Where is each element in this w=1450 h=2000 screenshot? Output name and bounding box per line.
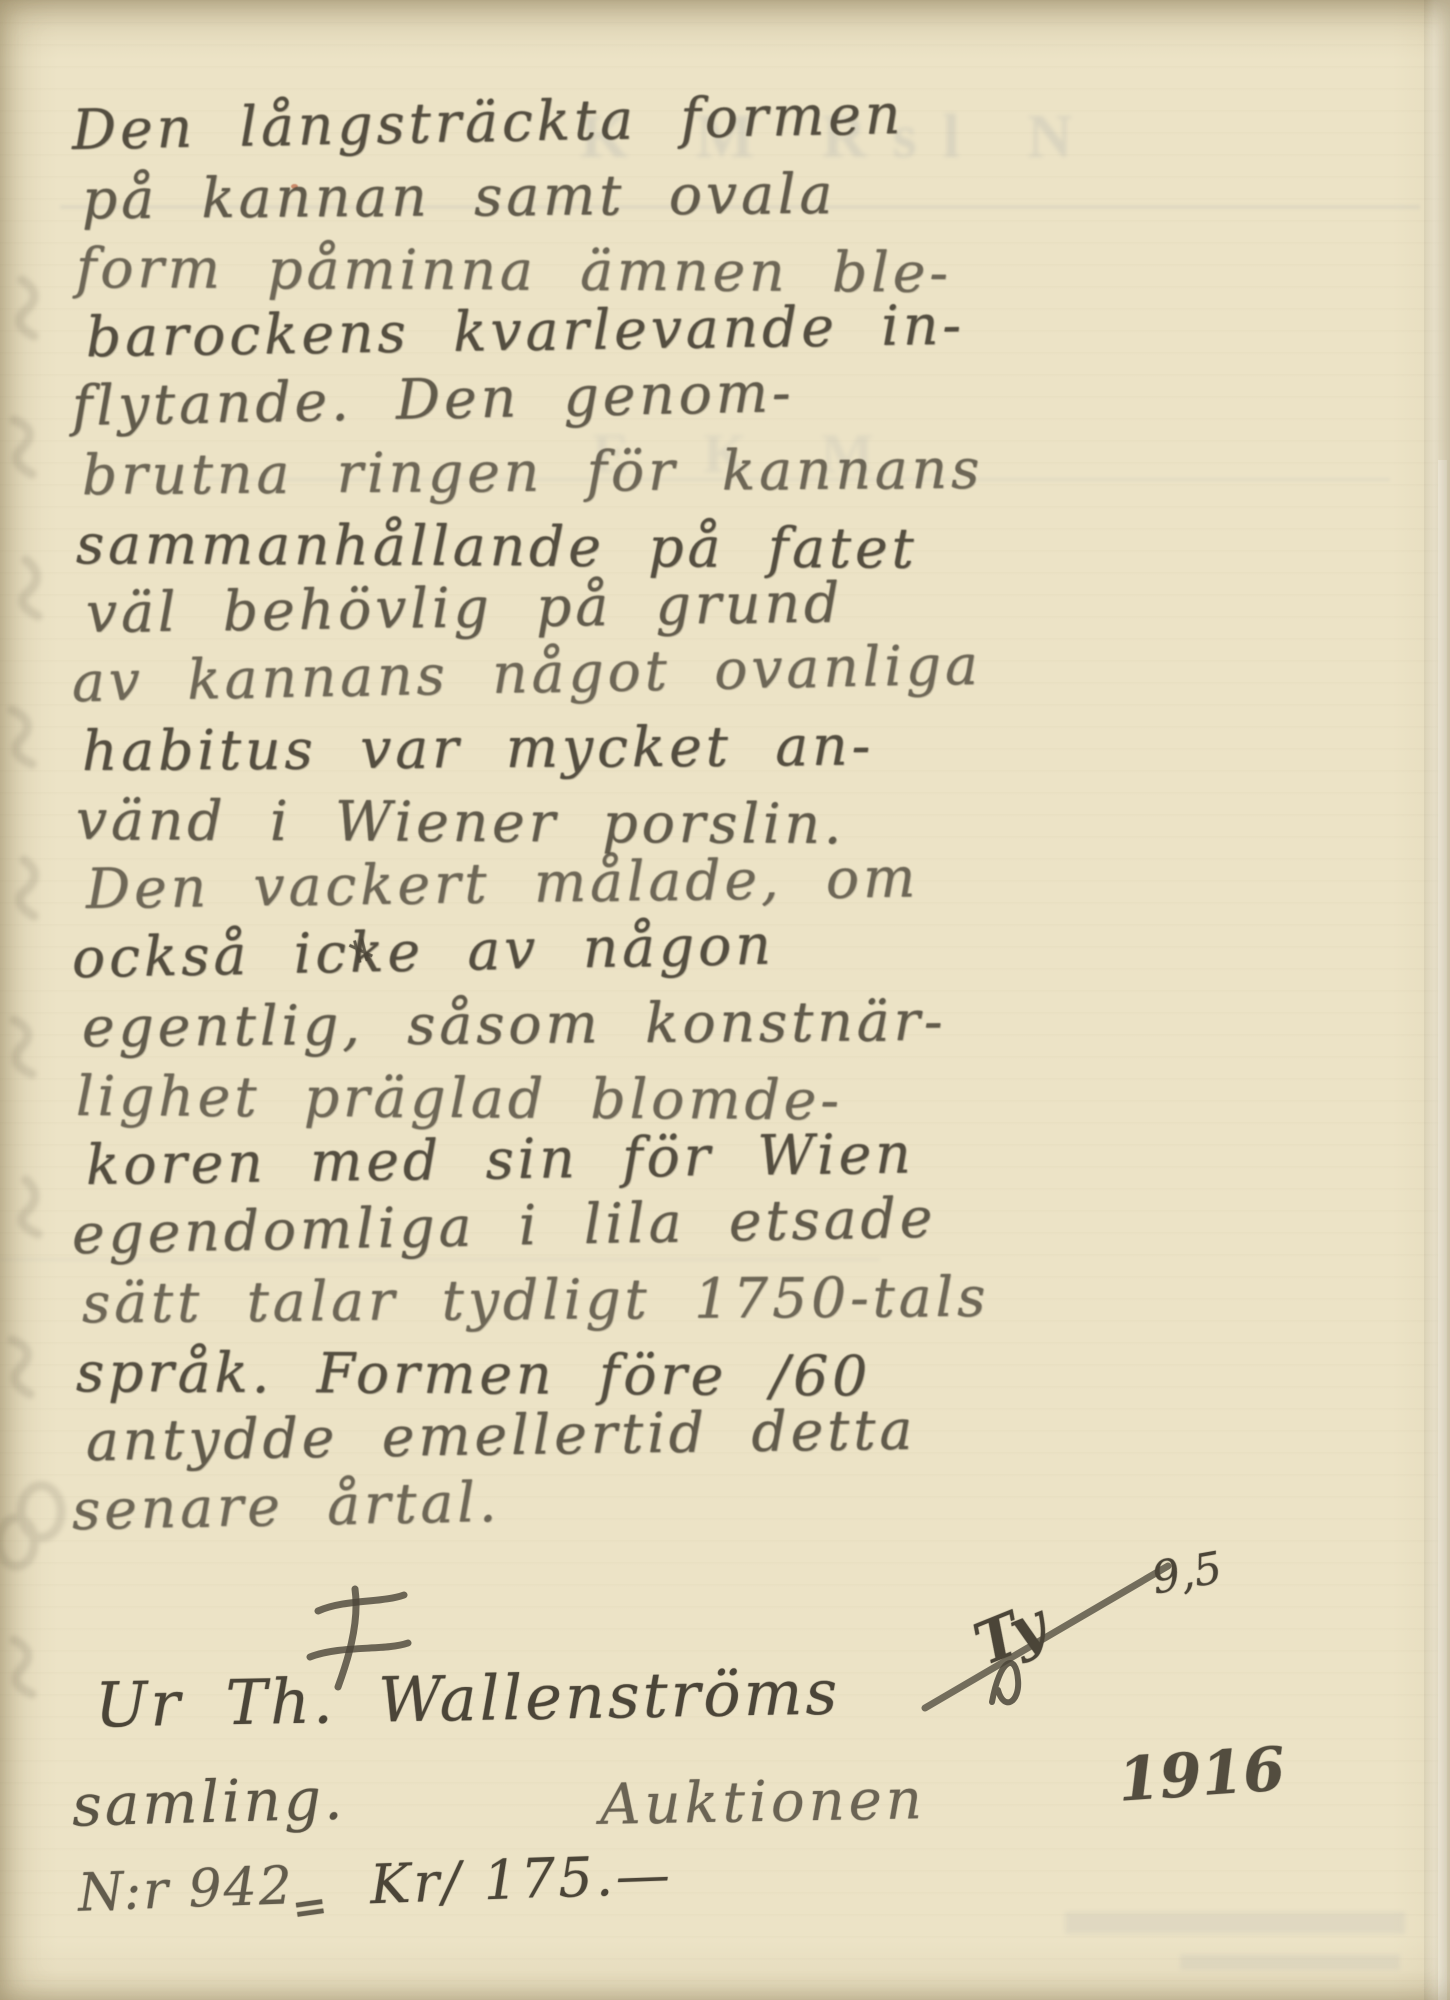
text-line: egentlig, såsom konstnär- (82, 984, 1412, 1062)
text-line: sätt talar tydligt 1750-tals (82, 1260, 1412, 1338)
provenance-line-2: samling. (71, 1764, 346, 1839)
manuscript-page: K M Rsl N E K M Den långsträckta formen … (0, 0, 1450, 2000)
item-number: N:r 942 (77, 1856, 295, 1923)
text-line: Den långsträckta formen (71, 70, 1412, 165)
auction-label: Auktionen (599, 1767, 926, 1838)
provenance-line-1: Ur Th. Wallenströms (94, 1656, 840, 1742)
auction-year: 1916 (1116, 1734, 1287, 1815)
text-line: habitus var mycket an- (82, 708, 1412, 786)
page-edge-highlight (1438, 460, 1447, 2000)
bleedthrough-smudge (1065, 1912, 1405, 1934)
price-value: Kr/ 175.— (369, 1843, 674, 1917)
bleedthrough-smudge (1180, 1954, 1400, 1970)
double-underline-mark: = (289, 1880, 331, 1933)
text-line: på kannan samt ovala (82, 156, 1412, 234)
text-line: brutna ringen för kannans (82, 432, 1412, 510)
handwritten-text-block: Den långsträckta formen på kannan samt o… (72, 96, 1412, 1545)
